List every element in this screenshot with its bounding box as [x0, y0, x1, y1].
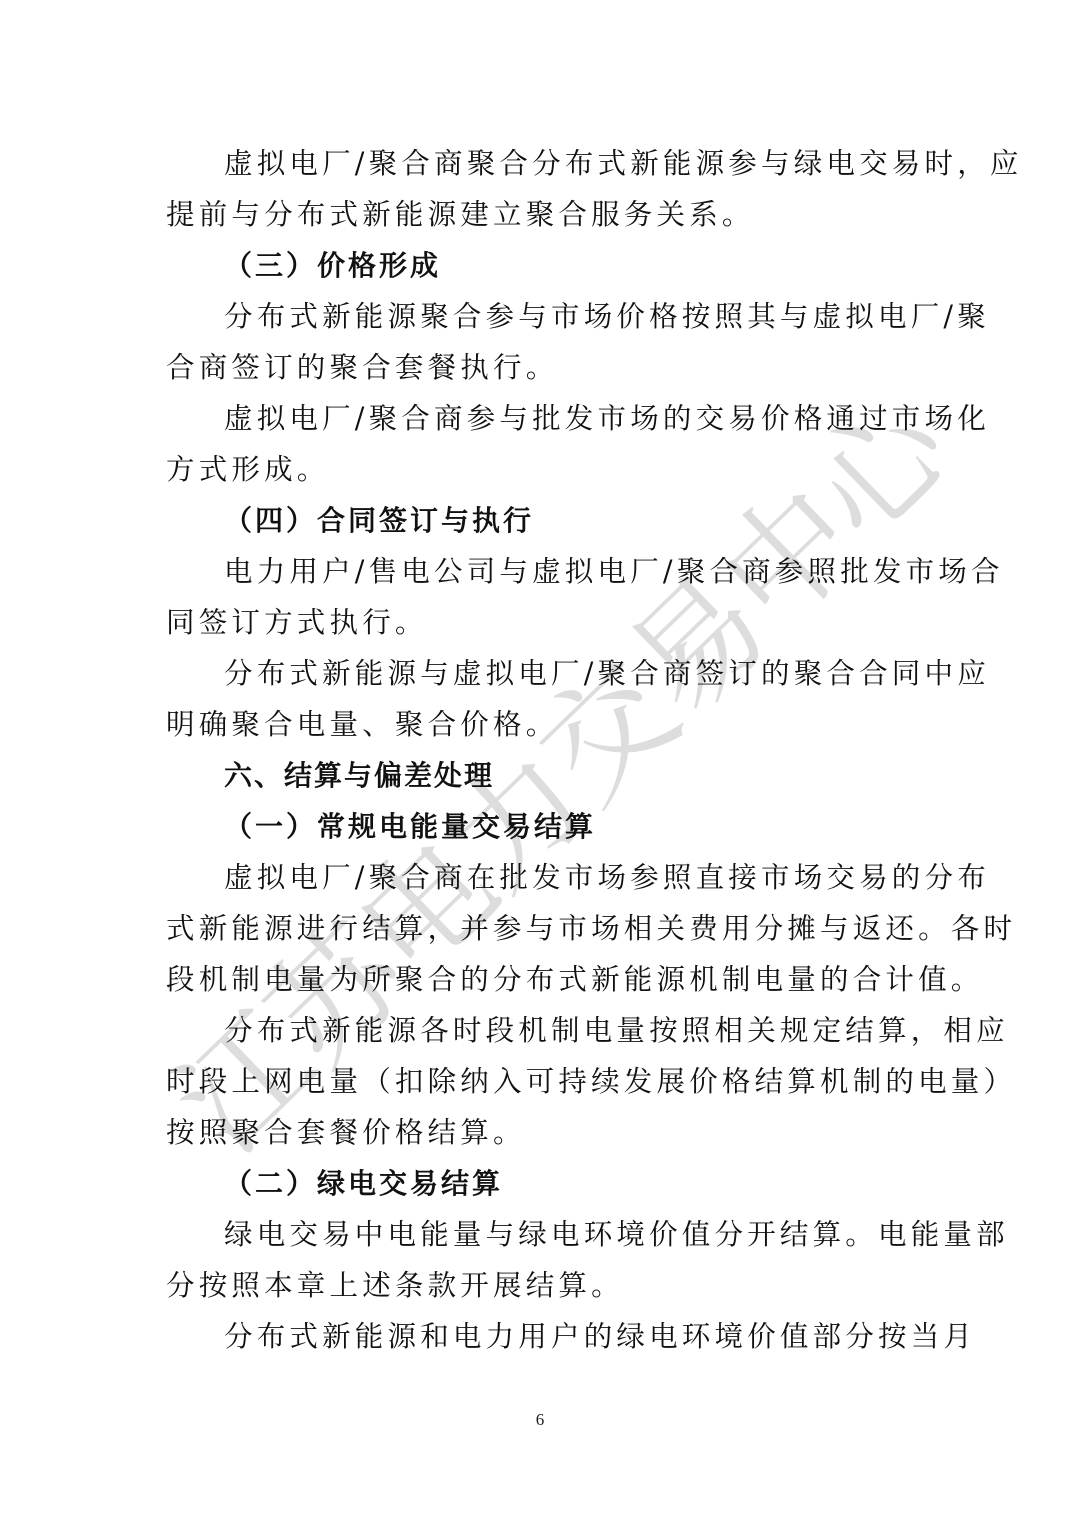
paragraph-line: 时段上网电量（扣除纳入可持续发展价格结算机制的电量）: [166, 1064, 916, 1100]
paragraph-line: 段机制电量为所聚合的分布式新能源机制电量的合计值。: [166, 962, 916, 998]
page-number: 6: [0, 1410, 1080, 1430]
paragraph-line: 虚拟电厂/聚合商聚合分布式新能源参与绿电交易时，应: [224, 146, 916, 182]
chapter-heading-settlement: 六、结算与偏差处理: [224, 758, 916, 794]
paragraph-line: 式新能源进行结算，并参与市场相关费用分摊与返还。各时: [166, 911, 916, 947]
paragraph-line: 分按照本章上述条款开展结算。: [166, 1268, 916, 1304]
paragraph-line: 虚拟电厂/聚合商在批发市场参照直接市场交易的分布: [224, 860, 916, 896]
paragraph-line: 按照聚合套餐价格结算。: [166, 1115, 916, 1151]
paragraph-line: 合商签订的聚合套餐执行。: [166, 350, 916, 386]
paragraph-line: 分布式新能源聚合参与市场价格按照其与虚拟电厂/聚: [224, 299, 916, 335]
paragraph-line: 分布式新能源与虚拟电厂/聚合商签订的聚合合同中应: [224, 656, 916, 692]
paragraph-line: 绿电交易中电能量与绿电环境价值分开结算。电能量部: [224, 1217, 916, 1253]
paragraph-line: 方式形成。: [166, 452, 916, 488]
section-heading-green-settlement: （二）绿电交易结算: [224, 1166, 916, 1202]
paragraph-line: 分布式新能源和电力用户的绿电环境价值部分按当月: [224, 1319, 916, 1355]
section-heading-contract: （四）合同签订与执行: [224, 503, 916, 539]
section-heading-price-formation: （三）价格形成: [224, 248, 916, 284]
paragraph-line: 电力用户/售电公司与虚拟电厂/聚合商参照批发市场合: [224, 554, 916, 590]
document-page: 江苏电力交易中心 虚拟电厂/聚合商聚合分布式新能源参与绿电交易时，应 提前与分布…: [0, 0, 1080, 1528]
paragraph-line: 同签订方式执行。: [166, 605, 916, 641]
paragraph-line: 虚拟电厂/聚合商参与批发市场的交易价格通过市场化: [224, 401, 916, 437]
paragraph-line: 提前与分布式新能源建立聚合服务关系。: [166, 197, 916, 233]
paragraph-line: 分布式新能源各时段机制电量按照相关规定结算，相应: [224, 1013, 916, 1049]
paragraph-line: 明确聚合电量、聚合价格。: [166, 707, 916, 743]
section-heading-regular-settlement: （一）常规电能量交易结算: [224, 809, 916, 845]
